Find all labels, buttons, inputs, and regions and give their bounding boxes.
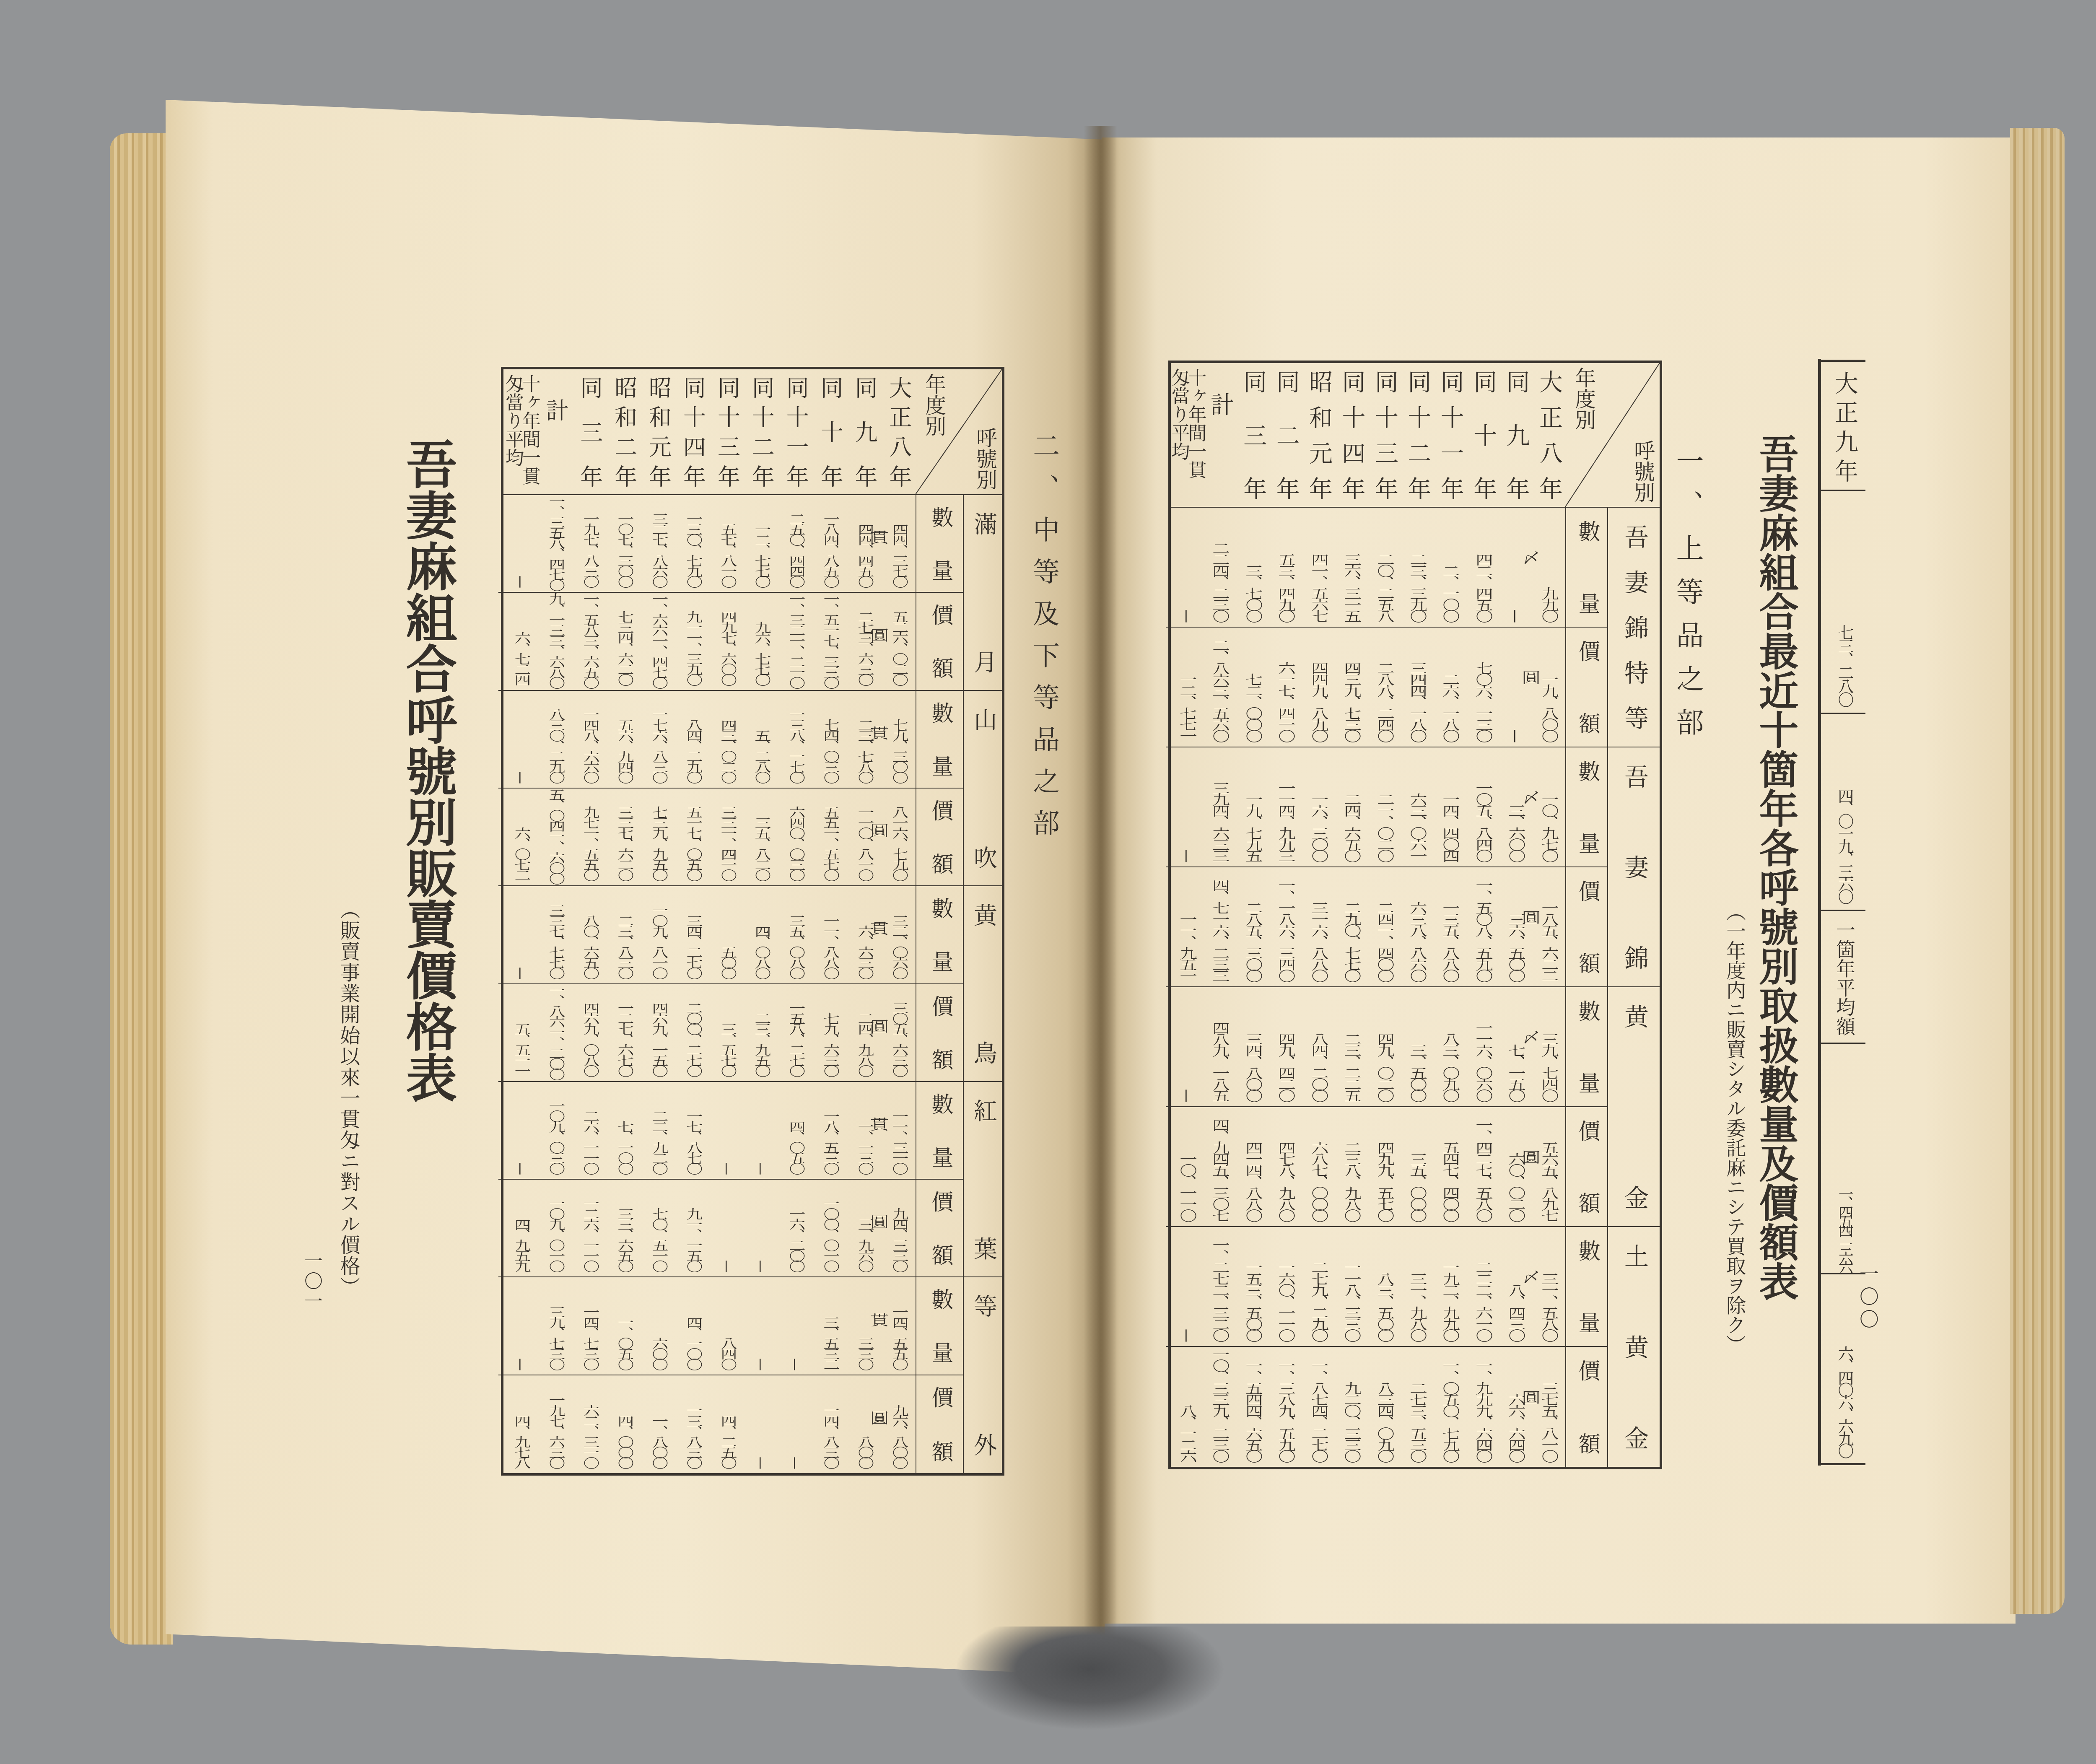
quantity-label: 數量 xyxy=(916,691,963,789)
edge-value: 七三、二八〇 xyxy=(1837,625,1852,705)
value-average-cell: 六、七二四 xyxy=(498,593,543,690)
table-subtitle: （一年度内ニ販賣シタル委託麻ニシテ買取ヲ除ク） xyxy=(1724,901,1745,1354)
edge-year-label: 大正九年 xyxy=(1833,371,1856,488)
quantity-average-cell: — xyxy=(1166,747,1209,867)
quantity-average-cell: — xyxy=(498,1082,543,1180)
quantity-average-cell: — xyxy=(498,691,543,789)
spine-binding xyxy=(956,1627,1224,1748)
quantity-value: 一四、五五〇 xyxy=(889,1306,908,1369)
grade-name: 黄鳥 xyxy=(963,886,1002,1082)
year-header: 大正八年 xyxy=(881,369,916,495)
value-label: 價額 xyxy=(916,984,963,1082)
quantity-label: 數量 xyxy=(1565,987,1607,1107)
quantity-average-cell: — xyxy=(1166,987,1209,1107)
spine-gutter xyxy=(1084,126,1117,1656)
year-header: 同二年 xyxy=(1269,363,1302,508)
value-amount: 一九、八〇〇 xyxy=(1538,673,1559,741)
grade-name: 黄金 xyxy=(1607,987,1660,1227)
value-average-cell: 四、九五九 xyxy=(498,1180,543,1277)
quantity-label: 數量 xyxy=(916,886,963,984)
quantity-label: 數量 xyxy=(916,1082,963,1180)
quantity-label: 數量 xyxy=(916,1277,963,1375)
section-heading: 二、中等及下等品之部 xyxy=(1029,432,1058,851)
average-header-line: 匁當り平均 xyxy=(502,374,524,467)
year-header: 同九年 xyxy=(847,369,881,495)
quantity-value: 三二、〇六〇 xyxy=(889,915,908,978)
value-amount: 八一六、七九〇 xyxy=(889,806,908,879)
year-header: 昭和元年 xyxy=(641,369,675,495)
value-average-cell: 一一、九五一 xyxy=(1166,867,1209,987)
year-header: 同十三年 xyxy=(1368,363,1401,508)
year-header: 同十四年 xyxy=(1335,363,1368,508)
grade-name: 等外 xyxy=(963,1277,1002,1473)
column-axis-label: 呼號別 xyxy=(1631,440,1655,503)
value-amount: 五六五、八九七 xyxy=(1538,1141,1559,1220)
average-header: 十ヶ年間一貫匁當り平均 xyxy=(503,369,538,495)
year-header: 同十四年 xyxy=(675,369,710,495)
value-label: 價額 xyxy=(916,593,963,690)
quantity-value: 一〇、九七〇 xyxy=(1538,793,1559,861)
value-amount: 一八五、六二二 xyxy=(1538,901,1559,981)
table-subtitle: （販賣事業開始以來一貫匁ニ對スル價格） xyxy=(337,899,359,1297)
grade-name: 吾妻錦特等 xyxy=(1607,508,1660,747)
value-label: 價額 xyxy=(1565,867,1607,987)
quantity-average-cell: — xyxy=(498,1277,543,1375)
left-page-edges xyxy=(110,133,173,1645)
total-header: 計 xyxy=(538,369,572,495)
value-average-cell: 五、五一一 xyxy=(498,984,543,1082)
value-average-cell: 一〇、一一〇 xyxy=(1166,1107,1209,1227)
edge-table-rule xyxy=(1819,910,1865,911)
edge-table-rule xyxy=(1819,1273,1865,1274)
grade-name: 滿月 xyxy=(963,495,1002,691)
quantity-value: 一一、三一〇 xyxy=(889,1110,908,1173)
table-corner-header: 年度別 呼號別 xyxy=(1565,363,1660,508)
year-header: 同十一年 xyxy=(1434,363,1466,508)
edge-table-rule xyxy=(1819,1043,1865,1044)
quantity-value: 九九〇 xyxy=(1538,587,1559,621)
value-label: 價額 xyxy=(1565,1347,1607,1467)
quantity-average-cell: — xyxy=(498,886,543,984)
right-page-edges xyxy=(2010,128,2065,1614)
quantity-label: 數量 xyxy=(1565,508,1607,628)
column-axis-label: 呼號別 xyxy=(973,427,997,490)
quantity-label: 數量 xyxy=(916,495,963,593)
year-header: 同十年 xyxy=(1467,363,1499,508)
grade-name: 吾妻錦 xyxy=(1607,747,1660,987)
value-average-cell: 一二、七七一 xyxy=(1166,628,1209,747)
quantity-average-cell: — xyxy=(1166,1227,1209,1347)
value-amount: 五二六、〇二〇 xyxy=(889,611,908,684)
quantity-label: 數量 xyxy=(1565,747,1607,867)
table-corner-header: 年度別 呼號別 xyxy=(916,369,1002,495)
section-heading: 一、上等品之部 xyxy=(1673,446,1702,752)
value-amount: 九四、三三〇 xyxy=(889,1208,908,1271)
value-label: 價額 xyxy=(916,1180,963,1277)
edge-table-rule xyxy=(1819,713,1865,714)
total-header: 計 xyxy=(1204,363,1236,508)
year-header: 大正八年 xyxy=(1533,363,1565,508)
mid-low-grade-price-table: 年度別 呼號別 大正八年 同九年 同十年 同十一年 同十二年 同十三年 同十四年… xyxy=(501,367,1004,1476)
edge-table-rule xyxy=(1818,359,1821,1466)
quantity-label: 數量 xyxy=(1565,1227,1607,1347)
value-amount: 九六、八〇〇 xyxy=(889,1404,908,1467)
year-header: 同三年 xyxy=(1237,363,1269,508)
quantity-average-cell: — xyxy=(498,495,543,593)
year-header: 同十二年 xyxy=(1401,363,1434,508)
year-header: 同十年 xyxy=(812,369,847,495)
grade-name: 山吹 xyxy=(963,691,1002,887)
value-average-cell: 四、九七八 xyxy=(498,1375,543,1473)
grade-name: 土黄金 xyxy=(1607,1227,1660,1467)
quantity-average-cell: — xyxy=(1166,508,1209,628)
edge-average-label: 一箇年平均額 xyxy=(1835,920,1854,1036)
edge-table-rule xyxy=(1819,360,1865,362)
value-label: 價額 xyxy=(1565,1107,1607,1227)
average-header-line: 匁當り平均 xyxy=(1168,368,1189,460)
year-header: 昭和二年 xyxy=(607,369,641,495)
top-grade-volume-value-table: 年度別 呼號別 大正八年 同九年 同十年 同十一年 同十二年 同十三年 同十四年… xyxy=(1168,361,1662,1469)
page-number: 一〇一 xyxy=(302,1251,321,1312)
average-header: 十ヶ年間一貫匁當り平均 xyxy=(1171,363,1204,508)
year-header: 同十二年 xyxy=(744,369,778,495)
value-average-cell: 六、〇七二 xyxy=(498,789,543,886)
year-header: 同十三年 xyxy=(710,369,744,495)
value-label: 價額 xyxy=(916,789,963,886)
table-title: 吾妻麻組合呼號別販賣價格表 xyxy=(400,438,455,1103)
edge-table-rule xyxy=(1819,1463,1865,1465)
edge-average-value: 一、四五四、三六六 xyxy=(1837,1186,1852,1269)
value-average-cell: 八、一二六 xyxy=(1166,1347,1209,1467)
quantity-value: 三九、七四〇 xyxy=(1538,1032,1559,1100)
year-header: 昭和元年 xyxy=(1302,363,1335,508)
value-amount: 三〇五、六三〇 xyxy=(889,1002,908,1075)
value-amount: 三七五、八一〇 xyxy=(1538,1382,1559,1461)
table-title: 吾妻麻組合最近十箇年各呼號別取扱數量及價額表 xyxy=(1754,434,1796,1301)
value-label: 價額 xyxy=(916,1375,963,1473)
edge-value: 四、〇一九、三六〇 xyxy=(1837,788,1852,901)
year-header: 同十一年 xyxy=(778,369,812,495)
quantity-value: 七九、三〇〇 xyxy=(889,719,908,782)
row-axis-label: 年度別 xyxy=(922,374,946,436)
grade-name: 紅葉 xyxy=(963,1082,1002,1278)
quantity-value: 三一、五八〇 xyxy=(1538,1272,1559,1340)
edge-table-rule xyxy=(1819,490,1865,491)
row-axis-label: 年度別 xyxy=(1572,367,1595,430)
year-header: 同三年 xyxy=(572,369,607,495)
value-label: 價額 xyxy=(1565,628,1607,747)
edge-average-value: 六、四〇六、六九〇 xyxy=(1837,1346,1852,1455)
year-header: 同九年 xyxy=(1499,363,1532,508)
quantity-value: 四四、三七〇 xyxy=(889,523,908,586)
